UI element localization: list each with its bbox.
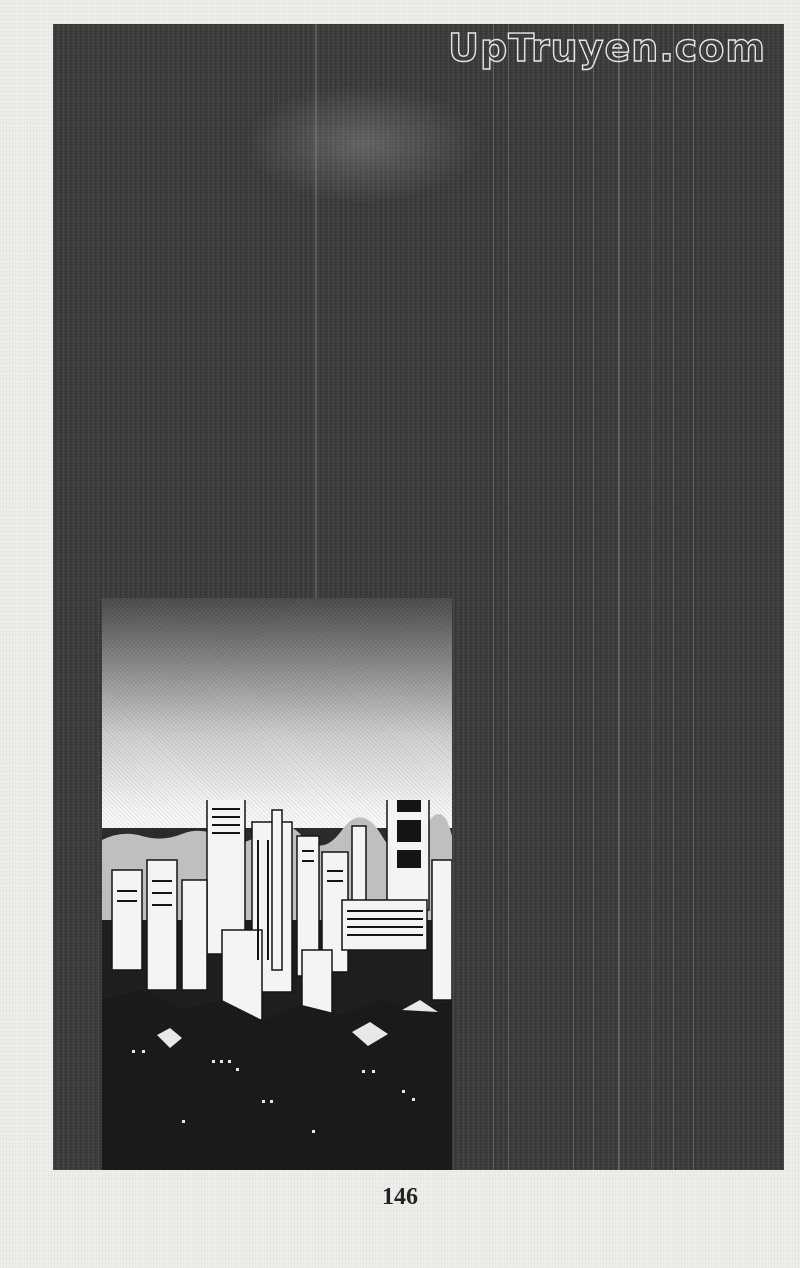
- scan-streak: [508, 24, 509, 1170]
- cloud-glow: [243, 84, 483, 204]
- scan-streak: [618, 24, 620, 1170]
- scan-streak: [593, 24, 594, 1170]
- city-skyline: [102, 800, 452, 1170]
- scan-streak: [651, 24, 652, 1170]
- page-number: 146: [0, 1184, 800, 1211]
- scan-streak: [493, 24, 494, 1170]
- scan-streak: [673, 24, 674, 1170]
- city-scene: [102, 598, 452, 1170]
- sky-texture: [102, 598, 452, 828]
- scan-streak: [573, 24, 574, 1170]
- watermark-logo: UpTruyen.com: [448, 26, 766, 70]
- illustration-panel: UpTruyen.com: [53, 24, 784, 1170]
- scan-streak: [693, 24, 694, 1170]
